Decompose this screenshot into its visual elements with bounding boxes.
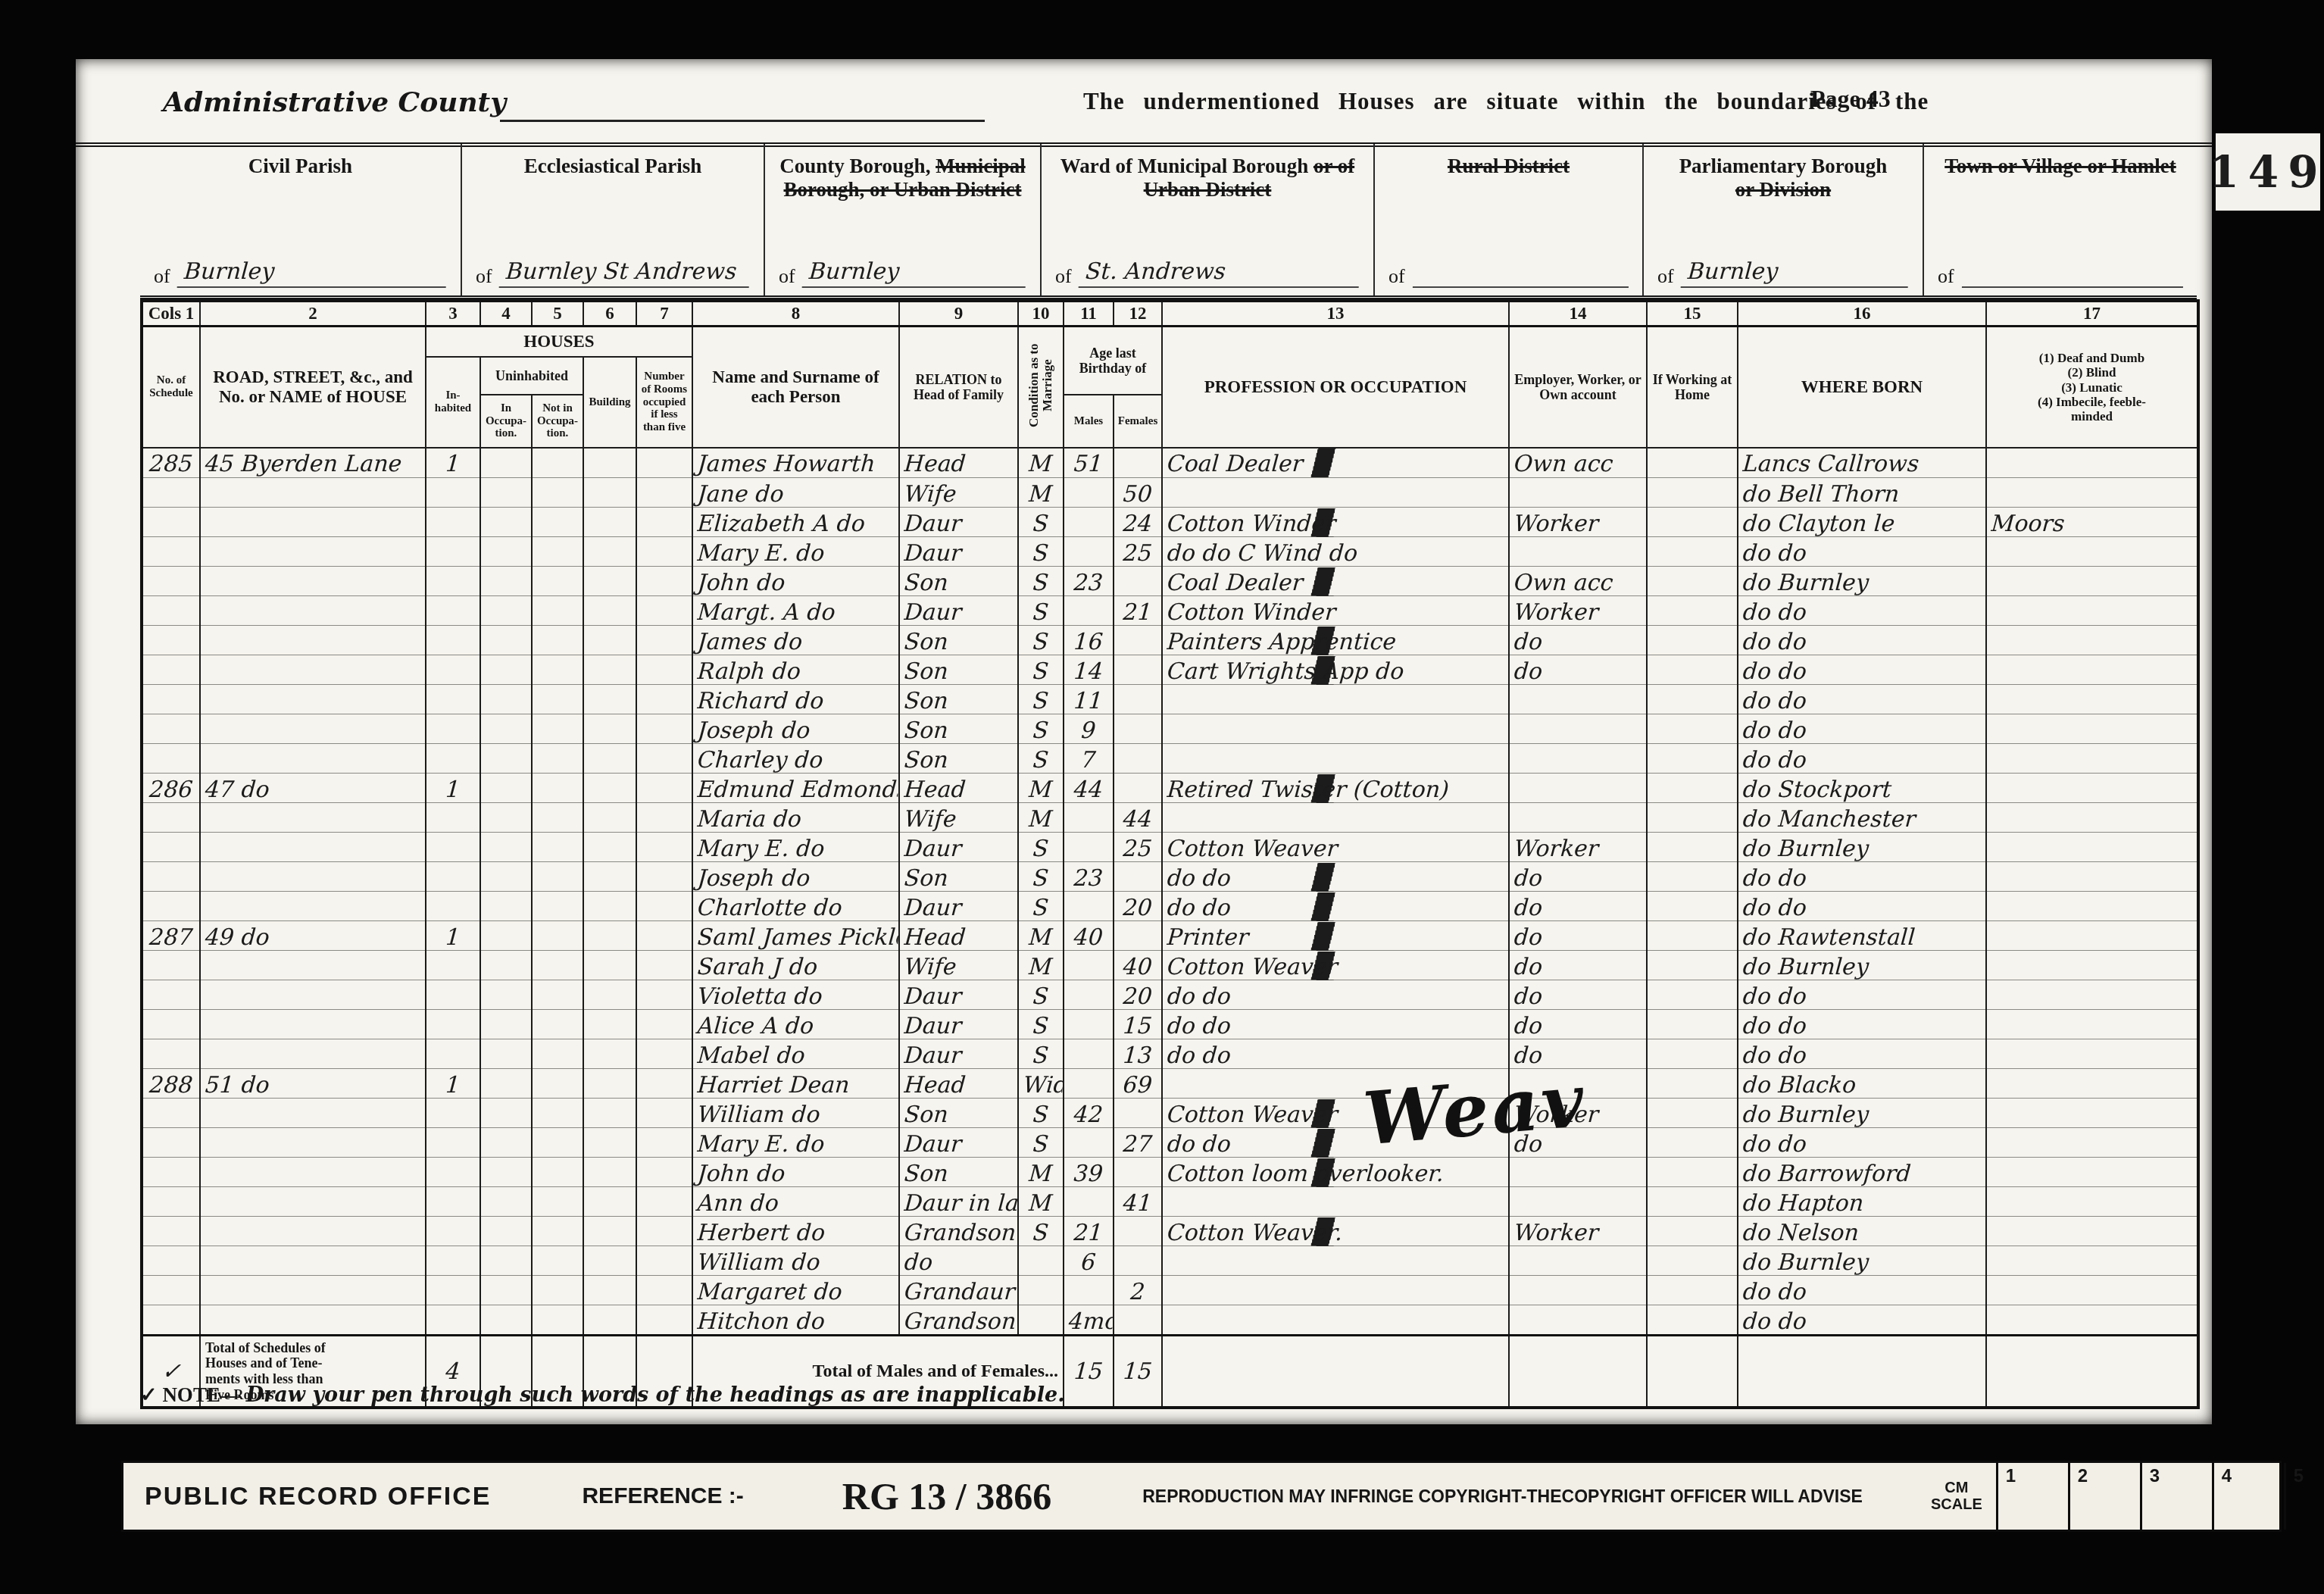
relation-to-head: Son	[898, 1099, 1020, 1128]
employer-status	[1509, 774, 1647, 803]
inhabited-mark	[426, 1246, 480, 1276]
working-at-home	[1647, 596, 1738, 626]
age-female: 20	[1113, 980, 1164, 1010]
building	[583, 833, 636, 862]
working-at-home	[1647, 980, 1738, 1010]
person-name: Mabel do	[692, 1039, 901, 1069]
copyright-warning: REPRODUCTION MAY INFRINGE COPYRIGHT-THEC…	[1142, 1486, 1863, 1507]
uninhabited-not-occupied	[532, 1039, 583, 1069]
uninhabited-in-occupation	[480, 537, 532, 567]
where-born: do Barrowford	[1737, 1158, 1988, 1187]
employer-status: do	[1508, 655, 1648, 685]
ecclesiastical-parish-value: Burnley St Andrews	[498, 258, 751, 288]
civil-parish-value: Burnley	[176, 258, 448, 288]
address: 49 do	[199, 921, 427, 951]
schedule-number	[142, 537, 200, 567]
inhabited-mark	[426, 478, 480, 508]
schedule-number	[142, 567, 200, 596]
age-female	[1114, 655, 1162, 685]
occupation: do do	[1161, 1010, 1510, 1039]
col-num-3: 3	[426, 301, 480, 327]
relation-to-head: Grandaur	[898, 1276, 1020, 1305]
infirmity-note	[1986, 862, 2198, 892]
age-male	[1064, 1187, 1114, 1217]
schedule-number	[142, 980, 200, 1010]
rural-district-value	[1413, 285, 1629, 288]
infirmity-note	[1986, 1069, 2198, 1099]
marital-condition: S	[1017, 980, 1065, 1010]
infirmity-note	[1986, 1187, 2198, 1217]
employer-status: do	[1508, 980, 1648, 1010]
address	[200, 714, 426, 744]
employer-status: do	[1508, 921, 1648, 951]
reference-number: RG 13 / 3866	[842, 1474, 1051, 1518]
uninhabited-in-occupation	[480, 862, 532, 892]
schedule-number: 287	[141, 921, 201, 951]
building	[583, 921, 636, 951]
age-female	[1114, 685, 1162, 714]
address	[200, 537, 426, 567]
age-female	[1114, 862, 1162, 892]
uninhabited-not-occupied	[532, 508, 583, 537]
of-label: of	[779, 265, 795, 288]
employer-status	[1509, 1246, 1647, 1276]
uninhabited-not-occupied	[532, 1099, 583, 1128]
parliamentary-borough-box: Parliamentary Boroughor Division ofBurnl…	[1644, 144, 1924, 295]
person-name: Elizabeth A do	[692, 508, 901, 537]
marital-condition: M	[1017, 951, 1065, 980]
where-born: do do	[1737, 685, 1988, 714]
age-male: 23	[1063, 567, 1115, 596]
parliamentary-borough-title: Parliamentary Boroughor Division	[1644, 155, 1923, 202]
uninhabited-not-occupied	[532, 892, 583, 921]
address	[200, 685, 426, 714]
rooms-under-five	[636, 833, 692, 862]
schedule-number	[142, 833, 200, 862]
building	[583, 596, 636, 626]
uninhabited-in-occupation	[480, 1276, 532, 1305]
address	[200, 1305, 426, 1336]
occupation: do do	[1161, 1039, 1510, 1069]
person-row: Elizabeth A doDaurS24Cotton WinderWorker…	[142, 508, 2198, 537]
header-not-in-occupation: Not in Occupa-tion.	[532, 395, 583, 448]
age-male: 51	[1063, 448, 1115, 478]
ecclesiastical-parish-title: Ecclesiastical Parish	[462, 155, 764, 178]
marital-condition: S	[1017, 537, 1065, 567]
uninhabited-not-occupied	[532, 1069, 583, 1099]
rooms-under-five	[636, 1246, 692, 1276]
person-name: Saml James Pickles	[692, 921, 901, 951]
working-at-home	[1647, 567, 1738, 596]
note-check: ✓	[140, 1383, 158, 1406]
marital-condition: S	[1017, 1217, 1065, 1246]
person-name: Alice A do	[692, 1010, 901, 1039]
employer-status: do	[1508, 1010, 1648, 1039]
occupation: Cotton Winder	[1161, 596, 1510, 626]
working-at-home	[1647, 774, 1738, 803]
employer-status	[1509, 1276, 1647, 1305]
occupation: Printer	[1161, 921, 1510, 951]
rooms-under-five	[636, 1305, 692, 1336]
address	[200, 803, 426, 833]
building	[583, 1158, 636, 1187]
page-number-label: Page 43	[1810, 85, 1891, 113]
inhabited-mark	[426, 980, 480, 1010]
uninhabited-not-occupied	[532, 1246, 583, 1276]
rooms-under-five	[636, 478, 692, 508]
occupation: Coal Dealer	[1161, 567, 1510, 596]
uninhabited-not-occupied	[532, 1276, 583, 1305]
uninhabited-in-occupation	[480, 596, 532, 626]
person-row: William doSonS42Cotton WeaverWorkerdo Bu…	[142, 1099, 2198, 1128]
header-name-surname: Name and Surname of each Person	[692, 327, 899, 449]
schedule-number	[142, 1010, 200, 1039]
inhabited-mark	[426, 1217, 480, 1246]
relation-to-head: Daur	[898, 1128, 1020, 1158]
person-name: Margaret do	[692, 1276, 901, 1305]
where-born: do Rawtenstall	[1737, 921, 1988, 951]
inhabited-mark	[426, 596, 480, 626]
age-female: 44	[1113, 803, 1164, 833]
relation-to-head: Son	[898, 685, 1020, 714]
where-born: do Burnley	[1737, 1099, 1988, 1128]
building	[583, 1246, 636, 1276]
header-infirmities: (1) Deaf and Dumb (2) Blind (3) Lunatic …	[1986, 327, 2198, 449]
relation-to-head: Son	[898, 714, 1020, 744]
person-row: Ann doDaur in lawM41do Hapton	[142, 1187, 2198, 1217]
working-at-home	[1647, 833, 1738, 862]
address	[200, 1158, 426, 1187]
marital-condition: S	[1017, 833, 1065, 862]
person-name: Mary E. do	[692, 1128, 901, 1158]
marital-condition	[1018, 1276, 1064, 1305]
situate-heading: The undermentioned Houses are situate wi…	[1083, 88, 1929, 115]
col-num-7: 7	[636, 301, 692, 327]
address	[200, 1217, 426, 1246]
working-at-home	[1647, 1276, 1738, 1305]
relation-to-head: Wife	[898, 951, 1020, 980]
relation-to-head: Son	[898, 744, 1020, 774]
col-num-9: 9	[899, 301, 1018, 327]
building	[583, 1217, 636, 1246]
building	[583, 1128, 636, 1158]
age-male: 6	[1063, 1246, 1115, 1276]
address: 47 do	[199, 774, 427, 803]
uninhabited-not-occupied	[532, 774, 583, 803]
working-at-home	[1647, 1069, 1738, 1099]
employer-status	[1509, 1305, 1647, 1336]
uninhabited-not-occupied	[532, 655, 583, 685]
col-num-17: 17	[1986, 301, 2198, 327]
inhabited-mark	[426, 862, 480, 892]
person-row: James doSonS16Painters Apprenticedodo do	[142, 626, 2198, 655]
address	[200, 1187, 426, 1217]
infirmity-note	[1986, 626, 2198, 655]
marital-condition: Wid	[1017, 1069, 1065, 1099]
col-num-1: Cols 1	[142, 301, 200, 327]
col-num-15: 15	[1647, 301, 1738, 327]
person-name: James do	[692, 626, 901, 655]
archive-reference-bar: PUBLIC RECORD OFFICE REFERENCE :- RG 13 …	[121, 1461, 2282, 1532]
age-male	[1064, 478, 1114, 508]
relation-to-head: Head	[898, 921, 1020, 951]
col-num-5: 5	[532, 301, 583, 327]
rooms-under-five	[636, 1158, 692, 1187]
rural-district-box: Rural District of	[1375, 144, 1644, 295]
header-houses-group: HOUSES	[426, 327, 692, 358]
uninhabited-in-occupation	[480, 1128, 532, 1158]
building	[583, 655, 636, 685]
where-born: do do	[1737, 1305, 1988, 1336]
ecclesiastical-parish-box: Ecclesiastical Parish ofBurnley St Andre…	[462, 144, 765, 295]
occupation	[1162, 744, 1509, 774]
where-born: do Blacko	[1737, 1069, 1988, 1099]
age-male: 4mo	[1063, 1305, 1115, 1336]
working-at-home	[1647, 1010, 1738, 1039]
of-label: of	[1388, 265, 1405, 288]
person-name: Richard do	[692, 685, 901, 714]
address	[200, 892, 426, 921]
relation-to-head: Daur	[898, 596, 1020, 626]
infirmity-note	[1986, 1158, 2198, 1187]
uninhabited-not-occupied	[532, 862, 583, 892]
rooms-under-five	[636, 1010, 692, 1039]
building	[583, 567, 636, 596]
building	[583, 537, 636, 567]
relation-to-head: Wife	[898, 803, 1020, 833]
person-row: Joseph doSonS23do dododo do	[142, 862, 2198, 892]
relation-to-head: Son	[898, 567, 1020, 596]
age-female: 24	[1113, 508, 1164, 537]
infirmity-note	[1986, 1010, 2198, 1039]
relation-to-head: Daur	[898, 980, 1020, 1010]
inhabited-mark	[426, 714, 480, 744]
schedule-number	[142, 1128, 200, 1158]
where-born: do Manchester	[1737, 803, 1988, 833]
person-row: 28545 Byerden Lane1James HowarthHeadM51C…	[142, 448, 2198, 478]
person-name: Violetta do	[692, 980, 901, 1010]
note-text: Draw your pen through such words of the …	[246, 1383, 1065, 1407]
building	[583, 774, 636, 803]
rooms-under-five	[636, 626, 692, 655]
header-schedule: No. of Schedule	[142, 327, 200, 449]
schedule-number	[142, 655, 200, 685]
rooms-under-five	[636, 862, 692, 892]
where-born: do Burnley	[1737, 1246, 1988, 1276]
uninhabited-in-occupation	[480, 774, 532, 803]
rooms-under-five	[636, 803, 692, 833]
rooms-under-five	[636, 774, 692, 803]
employer-status: Worker	[1508, 1217, 1648, 1246]
person-name: Joseph do	[692, 862, 901, 892]
marital-condition: S	[1017, 714, 1065, 744]
age-female	[1114, 774, 1162, 803]
address	[200, 596, 426, 626]
col-num-13: 13	[1162, 301, 1509, 327]
age-female	[1114, 1246, 1162, 1276]
marital-condition: M	[1017, 1187, 1065, 1217]
where-born: do do	[1737, 744, 1988, 774]
uninhabited-not-occupied	[532, 921, 583, 951]
district-boxes: Civil Parish ofBurnley Ecclesiastical Pa…	[140, 144, 2197, 299]
uninhabited-in-occupation	[480, 1246, 532, 1276]
person-row: 28749 do1Saml James PicklesHeadM40Printe…	[142, 921, 2198, 951]
rooms-under-five	[636, 508, 692, 537]
marital-condition: S	[1017, 1039, 1065, 1069]
inhabited-mark	[426, 833, 480, 862]
uninhabited-in-occupation	[480, 921, 532, 951]
ruler-tick: 5	[2286, 1463, 2324, 1530]
rooms-under-five	[636, 1099, 692, 1128]
infirmity-note	[1986, 744, 2198, 774]
header-uninhabited-group: Uninhabited	[480, 357, 583, 395]
infirmity-note	[1986, 1039, 2198, 1069]
public-record-office-label: PUBLIC RECORD OFFICE	[145, 1482, 491, 1511]
age-female	[1114, 714, 1162, 744]
rooms-under-five	[636, 892, 692, 921]
building	[583, 714, 636, 744]
relation-to-head: Daur	[898, 1039, 1020, 1069]
inhabited-mark	[426, 951, 480, 980]
marital-condition: M	[1017, 478, 1065, 508]
where-born: do do	[1737, 980, 1988, 1010]
inhabited-mark	[426, 1039, 480, 1069]
col-num-6: 6	[583, 301, 636, 327]
inhabited-mark: 1	[425, 774, 482, 803]
uninhabited-in-occupation	[480, 1187, 532, 1217]
person-name: Hitchon do	[692, 1305, 901, 1336]
occupation: do do	[1161, 862, 1510, 892]
working-at-home	[1647, 1158, 1738, 1187]
schedule-number: 285	[141, 448, 201, 478]
town-village-box: Town or Village or Hamlet of	[1924, 144, 2197, 295]
working-at-home	[1647, 714, 1738, 744]
where-born: do Bell Thorn	[1737, 478, 1988, 508]
inhabited-mark	[426, 626, 480, 655]
inhabited-mark	[426, 508, 480, 537]
age-male: 14	[1063, 655, 1115, 685]
ward-title: Ward of Municipal Borough or of Urban Di…	[1042, 155, 1373, 202]
inhabited-mark	[426, 1187, 480, 1217]
uninhabited-not-occupied	[532, 567, 583, 596]
relation-to-head: Head	[898, 448, 1020, 478]
schedule-number	[142, 1187, 200, 1217]
schedule-number	[142, 1039, 200, 1069]
person-row: Maria doWifeM44do Manchester	[142, 803, 2198, 833]
age-male: 40	[1063, 921, 1115, 951]
age-female: 27	[1113, 1128, 1164, 1158]
person-row: Mary E. doDaurS27do dododo do	[142, 1128, 2198, 1158]
building	[583, 951, 636, 980]
schedule-number	[142, 1217, 200, 1246]
person-row: Charlotte doDaurS20do dododo do	[142, 892, 2198, 921]
working-at-home	[1647, 655, 1738, 685]
rooms-under-five	[636, 714, 692, 744]
uninhabited-in-occupation	[480, 714, 532, 744]
where-born: do do	[1737, 1276, 1988, 1305]
age-male	[1064, 1039, 1114, 1069]
of-label: of	[154, 265, 170, 288]
infirmity-note	[1986, 596, 2198, 626]
marital-condition	[1018, 1246, 1064, 1276]
uninhabited-not-occupied	[532, 714, 583, 744]
age-male	[1064, 1276, 1114, 1305]
header-employer: Employer, Worker, or Own account	[1509, 327, 1647, 449]
rooms-under-five	[636, 596, 692, 626]
infirmity-note	[1986, 1128, 2198, 1158]
infirmity-note	[1986, 537, 2198, 567]
infirmity-note: Moors	[1985, 508, 2200, 537]
uninhabited-in-occupation	[480, 1158, 532, 1187]
inhabited-mark: 1	[425, 448, 482, 478]
header-working-at-home: If Working at Home	[1647, 327, 1738, 449]
marital-condition: M	[1017, 803, 1065, 833]
county-borough-value: Burnley	[801, 258, 1027, 288]
marital-condition: S	[1017, 626, 1065, 655]
age-male: 7	[1063, 744, 1115, 774]
building	[583, 744, 636, 774]
rooms-under-five	[636, 448, 692, 478]
age-female: 25	[1113, 537, 1164, 567]
relation-to-head: Grandson	[898, 1217, 1020, 1246]
where-born: do do	[1737, 626, 1988, 655]
marital-condition: M	[1017, 774, 1065, 803]
age-male	[1064, 596, 1114, 626]
age-male	[1064, 951, 1114, 980]
occupation: do do	[1161, 980, 1510, 1010]
age-female	[1114, 567, 1162, 596]
uninhabited-in-occupation	[480, 951, 532, 980]
inhabited-mark	[426, 892, 480, 921]
rooms-under-five	[636, 951, 692, 980]
note-prefix: NOTE—	[162, 1383, 241, 1406]
uninhabited-not-occupied	[532, 537, 583, 567]
ruler-tick: 2	[2070, 1463, 2142, 1530]
rooms-under-five	[636, 1217, 692, 1246]
occupation: do do	[1161, 892, 1510, 921]
age-female	[1114, 1217, 1162, 1246]
address	[200, 980, 426, 1010]
age-male: 42	[1063, 1099, 1115, 1128]
schedule-number	[142, 951, 200, 980]
uninhabited-not-occupied	[532, 744, 583, 774]
inhabited-mark	[426, 1010, 480, 1039]
working-at-home	[1647, 951, 1738, 980]
occupation: Cotton Weaver.	[1161, 1217, 1510, 1246]
town-village-title: Town or Village or Hamlet	[1924, 155, 2197, 178]
employer-status	[1509, 685, 1647, 714]
schedule-number	[142, 803, 200, 833]
civil-parish-box: Civil Parish ofBurnley	[140, 144, 462, 295]
person-row: William dodo6do Burnley	[142, 1246, 2198, 1276]
occupation: Cotton Winder	[1161, 508, 1510, 537]
rooms-under-five	[636, 744, 692, 774]
where-born: do do	[1737, 537, 1988, 567]
where-born: do do	[1737, 892, 1988, 921]
uninhabited-in-occupation	[480, 1305, 532, 1336]
cm-scale-label: CM SCALE	[1931, 1480, 1982, 1513]
working-at-home	[1647, 478, 1738, 508]
person-row: 28851 do1Harriet DeanHeadWid69do Blacko	[142, 1069, 2198, 1099]
schedule-number	[142, 744, 200, 774]
person-name: John do	[692, 1158, 901, 1187]
age-male: 44	[1063, 774, 1115, 803]
infirmity-note	[1986, 980, 2198, 1010]
col-num-11: 11	[1064, 301, 1114, 327]
person-row: Charley doSonS7do do	[142, 744, 2198, 774]
working-at-home	[1647, 1246, 1738, 1276]
marital-condition: S	[1017, 862, 1065, 892]
